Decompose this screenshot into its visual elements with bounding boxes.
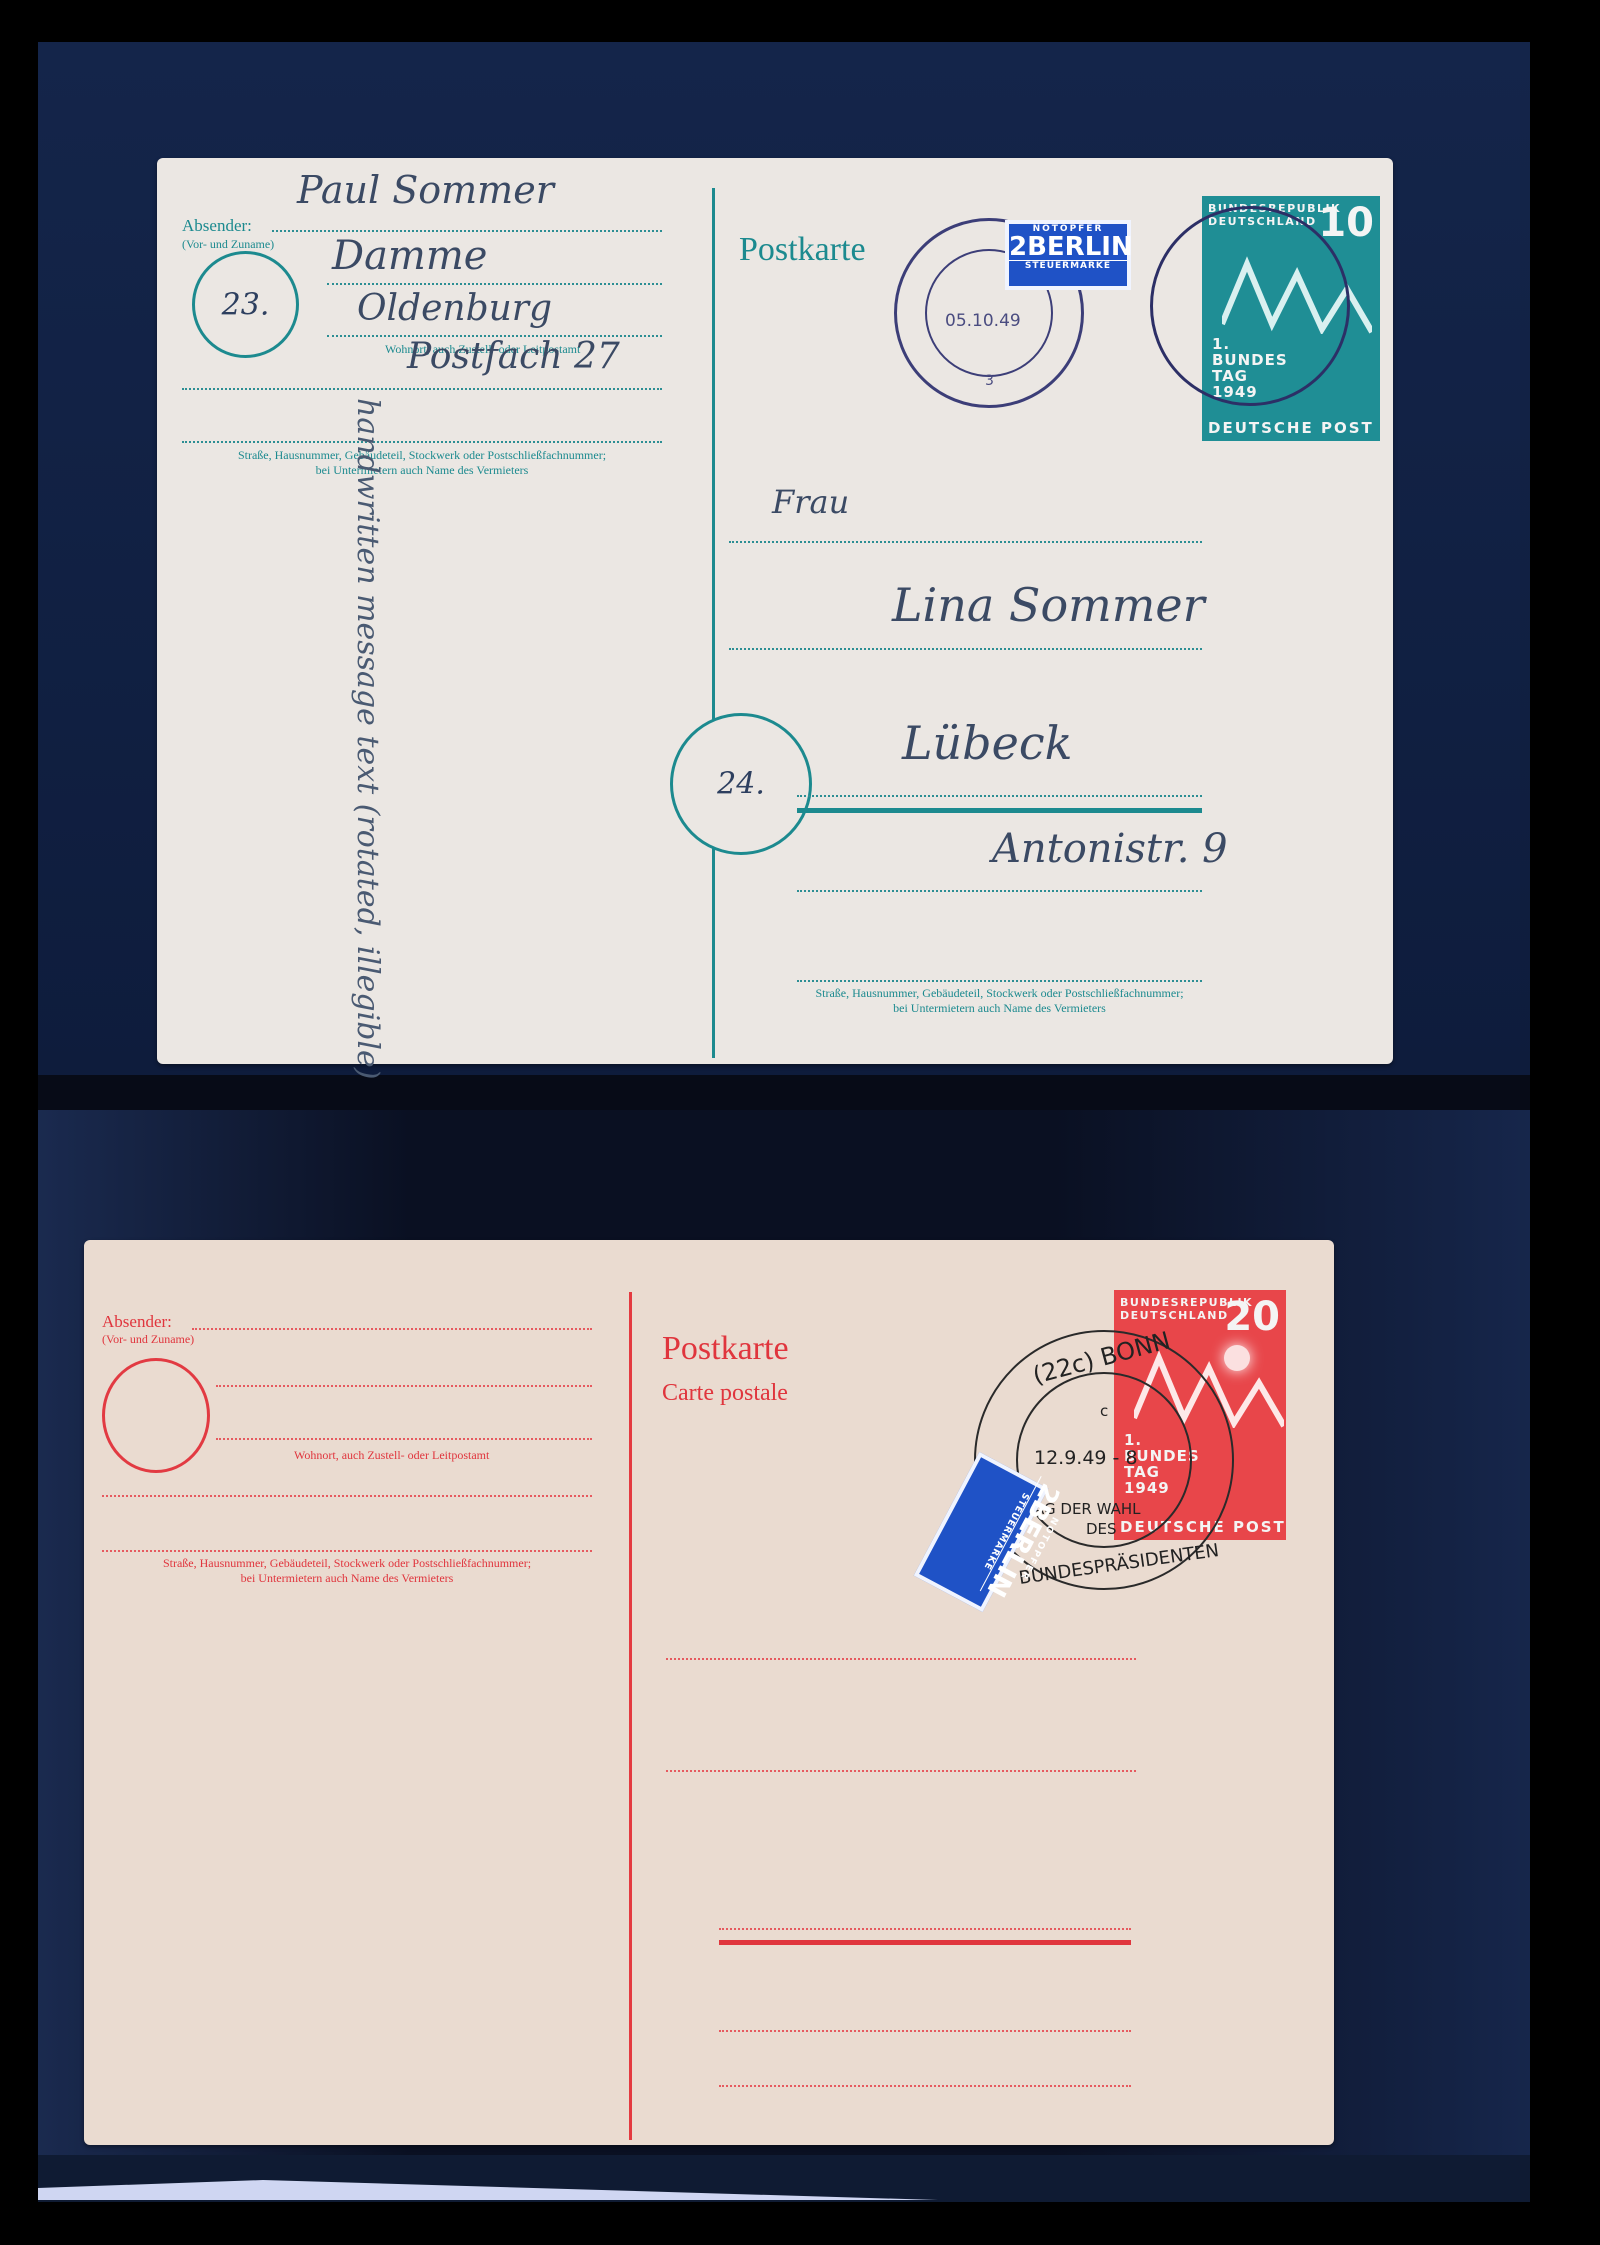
address-line <box>797 980 1202 982</box>
handwriting-sender-postbox: Postfach 27 <box>407 336 620 377</box>
sender-circle-number: 23. <box>195 287 296 322</box>
address-underline <box>719 1940 1131 1945</box>
address-line <box>729 541 1202 543</box>
sender-line <box>192 1328 592 1330</box>
sender-label: Absender: <box>102 1312 172 1332</box>
sender-line <box>182 388 662 390</box>
postcard-red: Absender: (Vor- und Zuname) Wohnort, auc… <box>84 1240 1334 2145</box>
handwriting-sender-town: Damme <box>332 233 487 279</box>
handwriting-salutation: Frau <box>772 483 849 521</box>
sender-line <box>102 1495 592 1497</box>
card-title: Postkarte <box>662 1330 789 1368</box>
address-line <box>719 1928 1131 1930</box>
sender-line <box>216 1385 592 1387</box>
sender-sublabel: (Vor- und Zuname) <box>102 1332 194 1347</box>
handwriting-recipient-city: Lübeck <box>902 716 1072 770</box>
card-subtitle: Carte postale <box>662 1380 788 1407</box>
postmark-damme-2 <box>1150 206 1350 406</box>
sender-line <box>216 1438 592 1440</box>
notopfer-berlin-stamp: NOTOPFER 2BERLIN STEUERMARKE <box>914 1452 1049 1612</box>
sender-line <box>102 1550 592 1552</box>
card-divider <box>629 1292 632 2140</box>
stamp-value: 20 <box>1224 1294 1280 1340</box>
sender-line <box>272 230 662 232</box>
handwriting-recipient-street: Antonistr. 9 <box>992 826 1228 872</box>
handwriting-recipient-name: Lina Sommer <box>892 578 1205 632</box>
address-line <box>719 2030 1131 2032</box>
stamp-footer: DEUTSCHE POST <box>1208 419 1374 437</box>
sender-line <box>182 441 662 443</box>
card-title: Postkarte <box>739 231 866 269</box>
sender-line <box>327 283 662 285</box>
notopfer-berlin-stamp: NOTOPFER 2BERLIN STEUERMARKE <box>1005 220 1131 290</box>
sender-circle <box>102 1358 210 1473</box>
address-line <box>797 795 1202 797</box>
address-line <box>666 1770 1136 1772</box>
address-line <box>729 648 1202 650</box>
address-line <box>797 890 1202 892</box>
sender-circle: 23. <box>192 251 299 358</box>
handwriting-sender-name: Paul Sommer <box>297 168 554 212</box>
sender-sublabel: (Vor- und Zuname) <box>182 237 274 252</box>
address-line <box>666 1658 1136 1660</box>
address-line <box>719 2085 1131 2087</box>
street-caption: Straße, Hausnummer, Gebäudeteil, Stockwe… <box>797 986 1202 1016</box>
sender-label: Absender: <box>182 216 252 236</box>
handwritten-message: handwritten message text (rotated, illeg… <box>347 398 387 1098</box>
address-underline <box>797 808 1202 813</box>
street-caption: Straße, Hausnummer, Gebäudeteil, Stockwe… <box>102 1556 592 1586</box>
recipient-circle: 24. <box>670 713 812 855</box>
card-divider <box>712 188 715 1058</box>
stamp-value: 10 <box>1318 200 1374 246</box>
postcard-green: Absender: (Vor- und Zuname) 23. Wohnort,… <box>157 158 1393 1064</box>
handwriting-sender-region: Oldenburg <box>357 288 552 329</box>
street-caption: Straße, Hausnummer, Gebäudeteil, Stockwe… <box>182 448 662 478</box>
recipient-circle-number: 24. <box>673 767 809 802</box>
place-caption: Wohnort, auch Zustell- oder Leitpostamt <box>294 1448 489 1463</box>
